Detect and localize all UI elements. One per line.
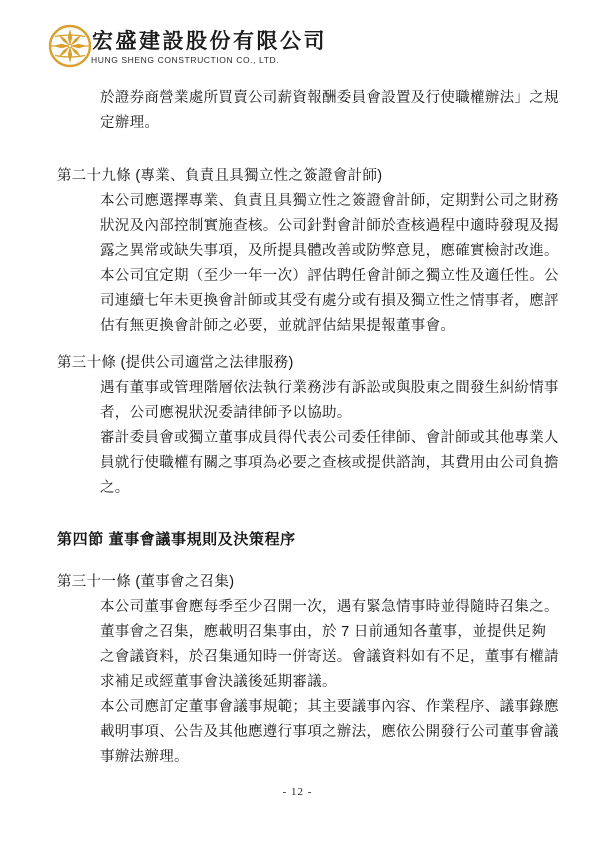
section-article: 第三十條 (提供公司適當之法律服務)遇有董事或管理階層依法執行業務涉有訴訟或與股… bbox=[0, 351, 595, 501]
page-header: 宏盛建設股份有限公司 HUNG SHENG CONSTRUCTION CO., … bbox=[0, 0, 595, 80]
text-line: 本公司宜定期（至少一年一次）評估聘任會計師之獨立性及適任性。公 bbox=[100, 264, 595, 289]
page-number: - 12 - bbox=[0, 786, 595, 798]
text-line: 之。 bbox=[100, 476, 595, 501]
section-article: 第二十九條 (專業、負責且具獨立性之簽證會計師)本公司應選擇專業、負責且具獨立性… bbox=[0, 164, 595, 339]
company-name-english: HUNG SHENG CONSTRUCTION CO., LTD. bbox=[91, 55, 279, 65]
text-line: 露之異常或缺失事項，及所提具體改善或防弊意見，應確實檢討改進。 bbox=[100, 239, 595, 264]
text-line: 本公司董事會應每季至少召開一次，遇有緊急情事時並得隨時召集之。 bbox=[100, 595, 595, 620]
text-line: 求補足或經董事會決議後延期審議。 bbox=[100, 670, 595, 695]
text-line: 董事會之召集，應載明召集事由，於 7 日前通知各董事，並提供足夠 bbox=[100, 620, 595, 645]
document-body: 於證券商營業處所買賣公司薪資報酬委員會設置及行使職權辦法」之規定辦理。第二十九條… bbox=[0, 86, 595, 770]
text-line: 司連續七年未更換會計師或其受有處分或有損及獨立性之情事者，應評 bbox=[100, 289, 595, 314]
article-heading: 第三十條 (提供公司適當之法律服務) bbox=[57, 351, 595, 376]
article-heading: 第三十一條 (董事會之召集) bbox=[57, 570, 595, 595]
text-line: 於證券商營業處所買賣公司薪資報酬委員會設置及行使職權辦法」之規 bbox=[100, 86, 595, 111]
text-line: 事辦法辦理。 bbox=[100, 745, 595, 770]
text-line: 估有無更換會計師之必要，並就評估結果提報董事會。 bbox=[100, 314, 595, 339]
text-line: 之會議資料，於召集通知時一併寄送。會議資料如有不足，董事有權請 bbox=[100, 645, 595, 670]
text-line: 審計委員會或獨立董事成員得代表公司委任律師、會計師或其他專業人 bbox=[100, 426, 595, 451]
section-article: 第三十一條 (董事會之召集)本公司董事會應每季至少召開一次，遇有緊急情事時並得隨… bbox=[0, 570, 595, 770]
company-logo-icon bbox=[47, 23, 93, 69]
text-line: 定辦理。 bbox=[100, 111, 595, 136]
company-name-chinese: 宏盛建設股份有限公司 bbox=[92, 25, 327, 55]
section-body-continuation: 於證券商營業處所買賣公司薪資報酬委員會設置及行使職權辦法」之規定辦理。 bbox=[0, 86, 595, 136]
chapter-heading: 第四節 董事會議事規則及決策程序 bbox=[57, 527, 595, 552]
text-line: 員就行使職權有關之事項為必要之查核或提供諮詢，其費用由公司負擔 bbox=[100, 451, 595, 476]
text-line: 遇有董事或管理階層依法執行業務涉有訴訟或與股東之間發生糾紛情事 bbox=[100, 376, 595, 401]
text-line: 本公司應訂定董事會議事規範；其主要議事內容、作業程序、議事錄應 bbox=[100, 695, 595, 720]
text-line: 載明事項、公告及其他應遵行事項之辦法，應依公開發行公司董事會議 bbox=[100, 720, 595, 745]
section-chapter: 第四節 董事會議事規則及決策程序 bbox=[0, 527, 595, 552]
article-heading: 第二十九條 (專業、負責且具獨立性之簽證會計師) bbox=[57, 164, 595, 189]
text-line: 者，公司應視狀況委請律師予以協助。 bbox=[100, 401, 595, 426]
text-line: 本公司應選擇專業、負責且具獨立性之簽證會計師，定期對公司之財務 bbox=[100, 189, 595, 214]
text-line: 狀況及內部控制實施查核。公司針對會計師於查核過程中適時發現及揭 bbox=[100, 214, 595, 239]
